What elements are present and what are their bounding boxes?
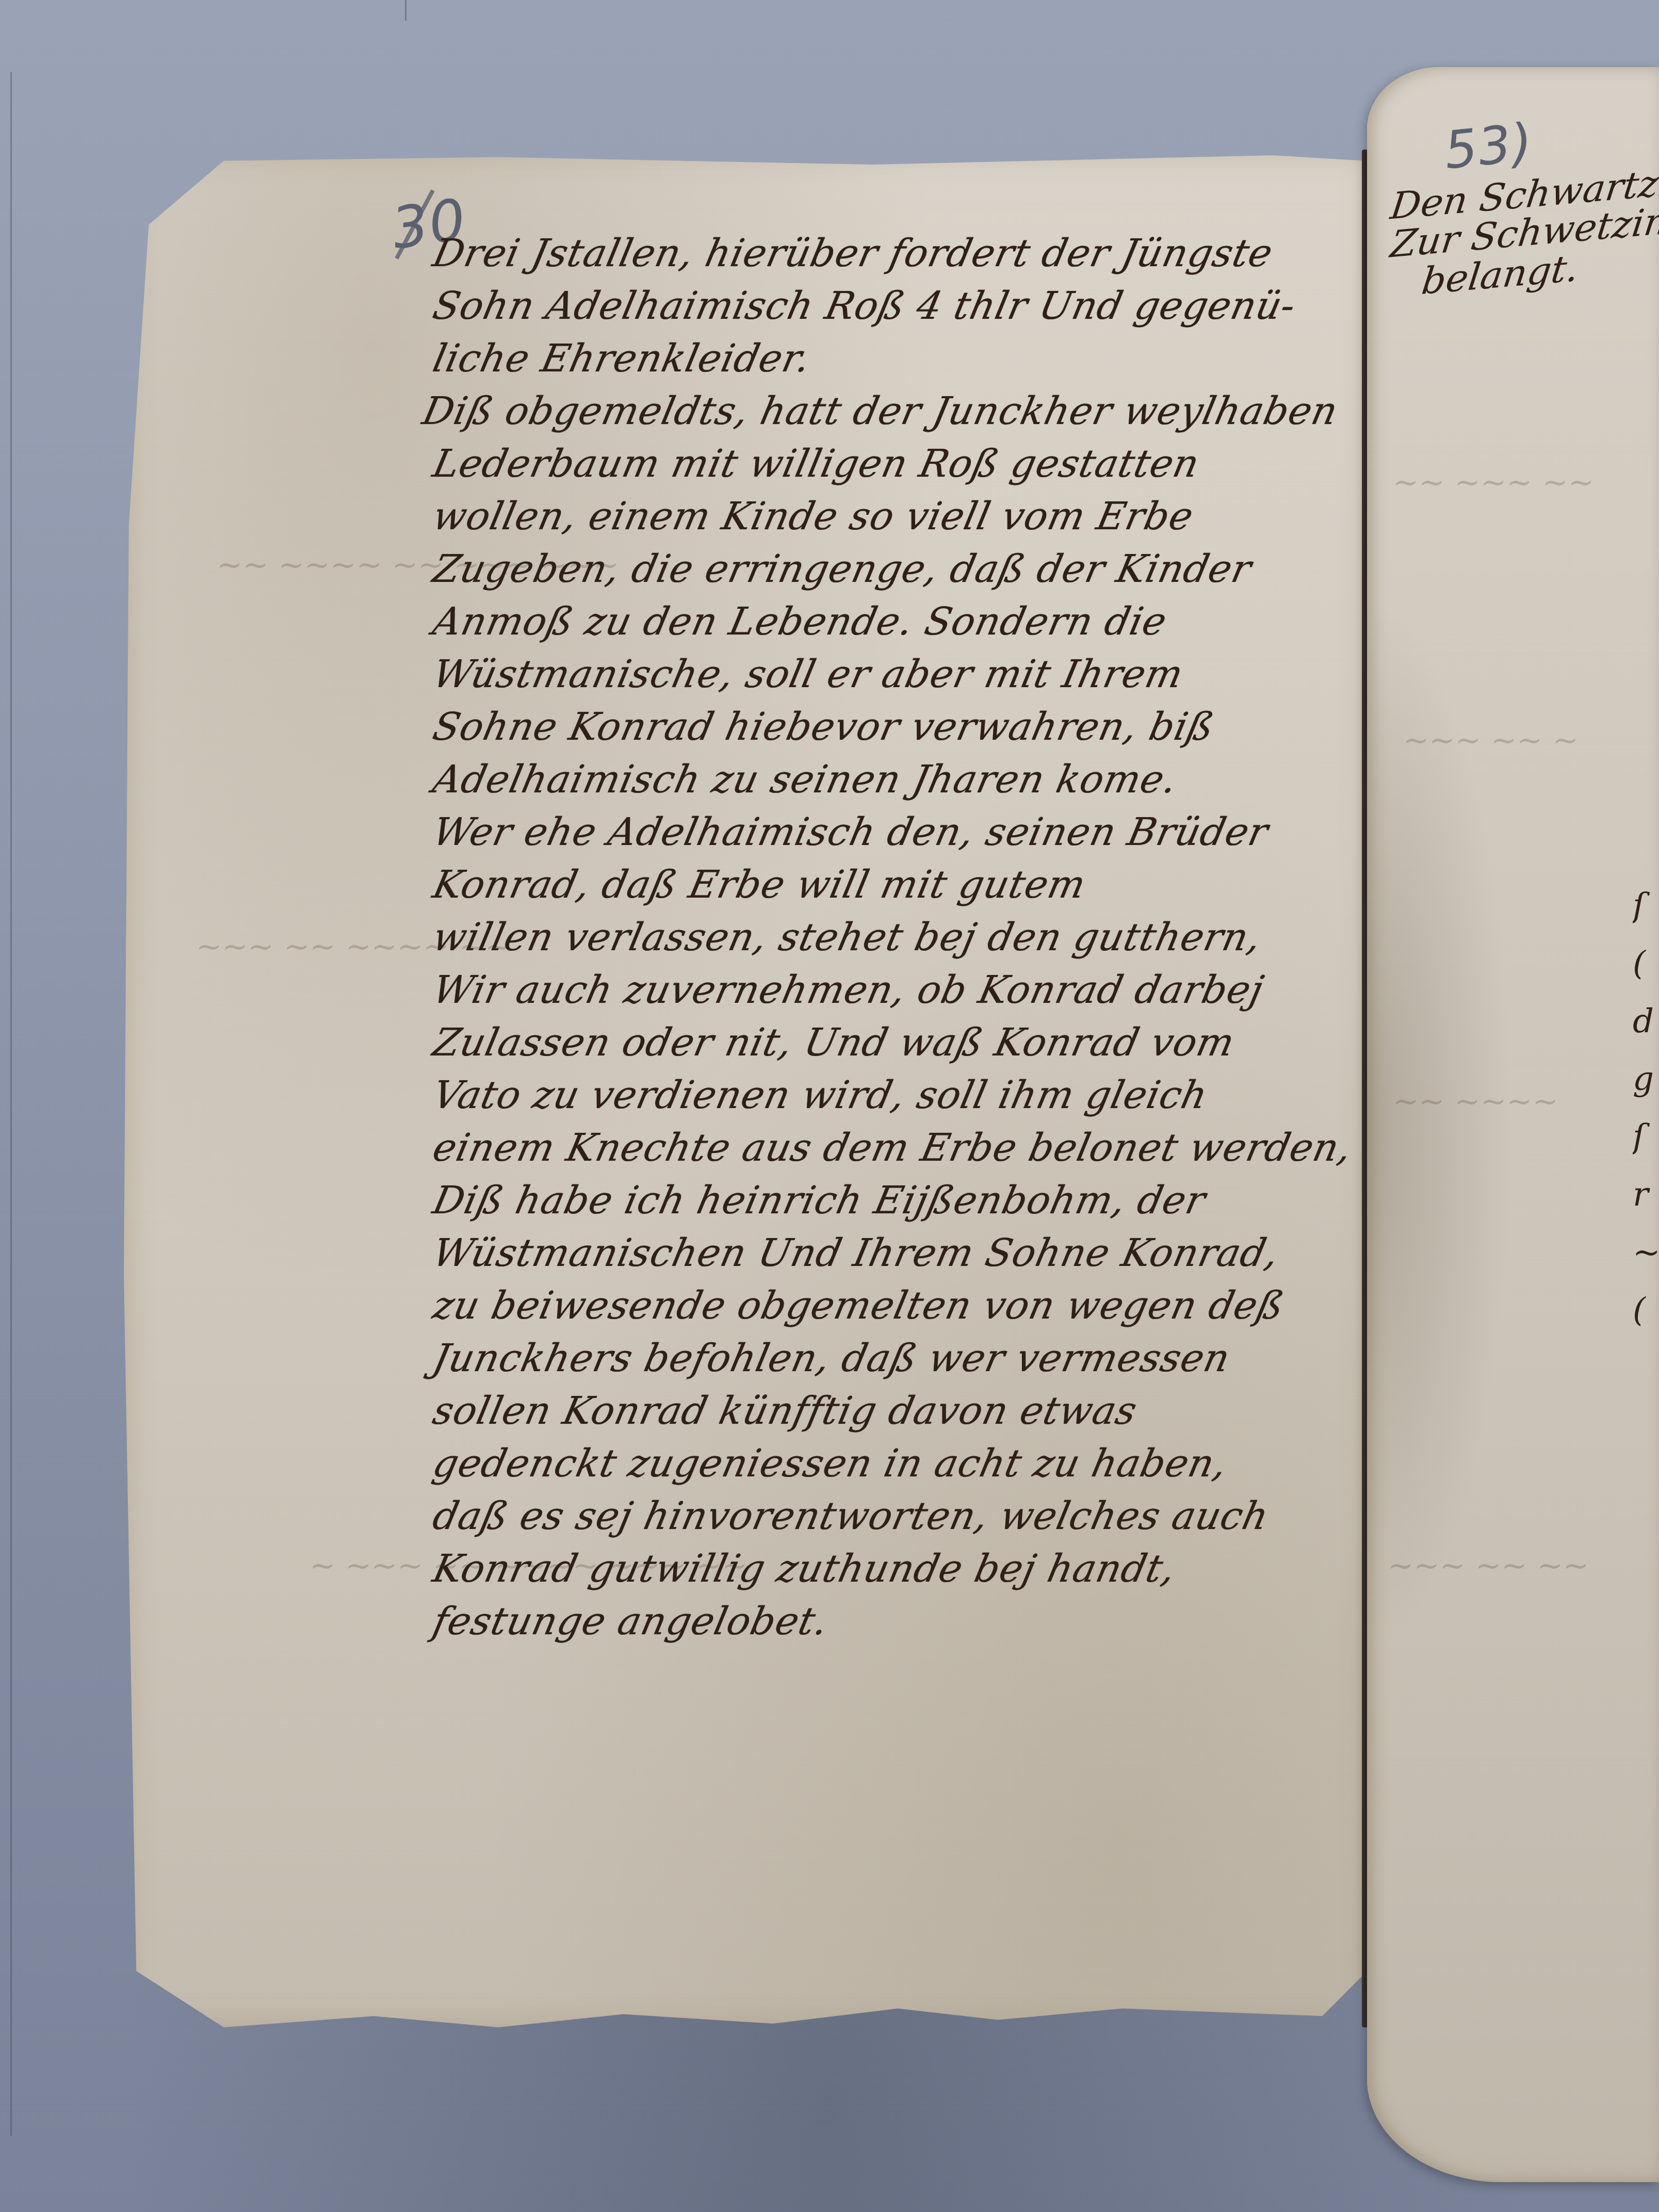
edge-glyph: (: [1633, 935, 1659, 993]
background-seam: [10, 72, 12, 2136]
text-line: Junckhers befohlen, daß wer vermessen: [428, 1332, 1368, 1385]
text-line: Konrad, daß Erbe will mit gutem: [428, 858, 1368, 911]
background-mark: [405, 0, 406, 21]
text-line: Adelhaimisch zu seinen Jharen kome.: [428, 753, 1368, 806]
bleed-through-text: ~~~ ~~ ~~: [1388, 1548, 1589, 1584]
text-line: willen verlassen, stehet bej den gutther…: [428, 911, 1368, 964]
bleed-through-text: ~~~ ~~ ~: [1403, 722, 1579, 758]
edge-glyph: r: [1633, 1166, 1659, 1224]
text-line: festunge angelobet.: [428, 1595, 1368, 1648]
text-line: Wer ehe Adelhaimisch den, seinen Brüder: [428, 806, 1368, 858]
text-line: Wir auch zuvernehmen, ob Konrad darbej: [428, 964, 1368, 1016]
text-line: Anmoß zu den Lebende. Sondern die: [428, 595, 1368, 648]
text-line: sollen Konrad künfftig davon etwas: [428, 1385, 1368, 1437]
text-line: Konrad gutwillig zuthunde bej handt,: [428, 1542, 1368, 1595]
text-line: gedenckt zugeniessen in acht zu haben,: [428, 1437, 1368, 1490]
right-page: [1367, 67, 1659, 2182]
text-line: daß es sej hinvorentworten, welches auch: [428, 1490, 1368, 1542]
bleed-through-text: ~~ ~~~~: [1393, 1083, 1558, 1119]
right-page-heading: Den Schwartzbe Zur Schwetzingen belangt.: [1393, 175, 1659, 290]
text-line: Diß obgemeldts, hatt der Junckher weylha…: [418, 385, 1368, 437]
folio-number-right: 53): [1441, 111, 1536, 181]
text-line: Vato zu verdienen wird, soll ihm gleich: [428, 1069, 1368, 1121]
edge-glyph: (: [1633, 1281, 1659, 1339]
text-line: Zugeben, die erringenge, daß der Kinder: [428, 543, 1368, 595]
text-line: einem Knechte aus dem Erbe belonet werde…: [428, 1121, 1368, 1174]
edge-glyph: d: [1633, 993, 1659, 1050]
text-line: liche Ehrenkleider.: [428, 332, 1368, 385]
text-line: Lederbaum mit willigen Roß gestatten: [428, 437, 1368, 490]
text-line: zu beiwesende obgemelten von wegen deß: [428, 1279, 1368, 1332]
text-line: Drei Jstallen, hierüber fordert der Jüng…: [428, 227, 1368, 280]
text-line: Wüstmanische, soll er aber mit Ihrem: [428, 648, 1368, 701]
edge-glyph: ſ: [1633, 877, 1659, 935]
text-line: Diß habe ich heinrich Eijßenbohm, der: [428, 1174, 1368, 1227]
text-line: wollen, einem Kinde so viell vom Erbe: [428, 490, 1368, 543]
text-line: Sohn Adelhaimisch Roß 4 thlr Und gegenü-: [428, 280, 1368, 332]
edge-glyph: ſ: [1633, 1108, 1659, 1166]
text-line: Zulassen oder nit, Und waß Konrad vom: [428, 1016, 1368, 1069]
text-line: Sohne Konrad hiebevor verwahren, biß: [428, 701, 1368, 753]
manuscript-text-block: Drei Jstallen, hierüber fordert der Jüng…: [428, 227, 1357, 1648]
bleed-through-text: ~~ ~~~ ~~: [1393, 464, 1594, 500]
edge-glyph: g: [1633, 1050, 1659, 1108]
text-line: Wüstmanischen Und Ihrem Sohne Konrad,: [428, 1227, 1368, 1279]
right-page-cut-text: ſ ( d g ſ r ~ (: [1633, 877, 1659, 1702]
edge-glyph: ~: [1633, 1224, 1659, 1281]
